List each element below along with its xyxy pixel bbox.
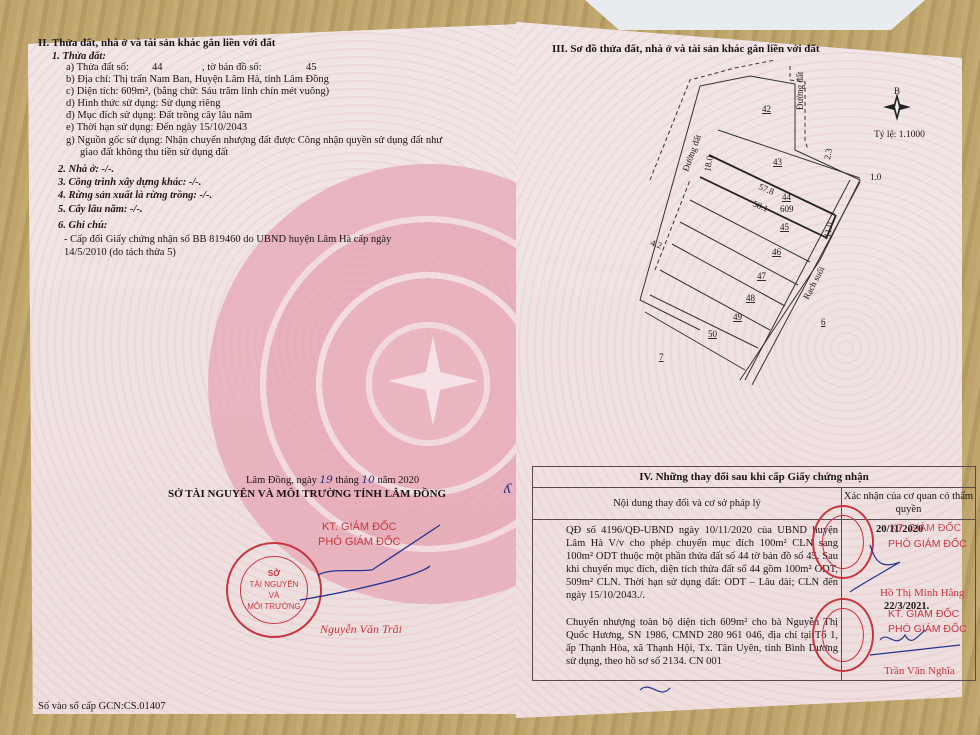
confirmation-signatures (0, 0, 980, 735)
